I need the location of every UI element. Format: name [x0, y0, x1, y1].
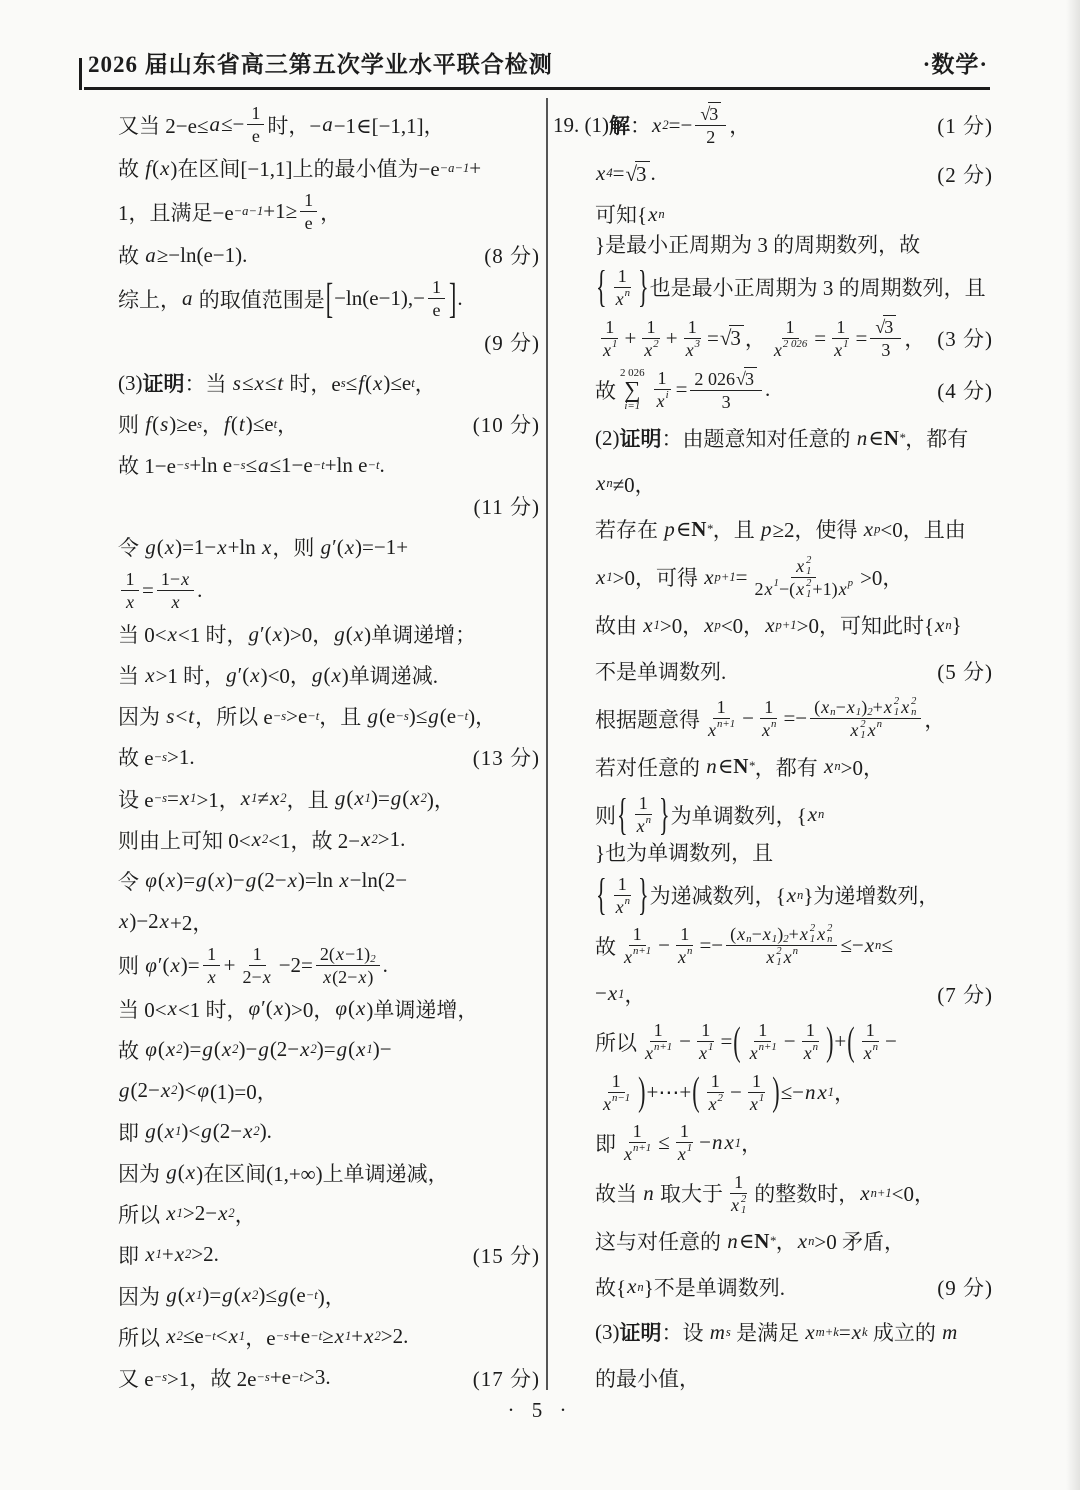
math-text: 因为 — [118, 1281, 165, 1311]
solution-line: {1xn}也是最小正周期为 3 的周期数列，且 — [553, 265, 993, 310]
math-text: 即 — [118, 1240, 144, 1270]
math-text: 因为 — [118, 1158, 165, 1188]
solution-line: 故当 n 取大于1x21的整数时，xn+1<0， — [553, 1171, 993, 1216]
big-delimiter: { — [596, 261, 607, 313]
math-variable: x — [786, 883, 797, 908]
math-text: 2− — [243, 966, 262, 988]
fraction-numerator: 1 — [802, 1019, 819, 1042]
math-text: ， — [745, 323, 766, 353]
fraction-numerator: 1 — [676, 923, 693, 946]
fraction-numerator: 1 — [713, 696, 730, 719]
solution-line: (3)证明：设 ms 是满足 xm+k=xk 成立的 m — [553, 1312, 993, 1352]
math-variable: x — [736, 923, 746, 945]
math-variable: x — [602, 1093, 612, 1115]
math-text: }不是单调数列. — [644, 1272, 785, 1302]
math-text: ：当 — [185, 368, 232, 398]
fraction-numerator: 1 — [614, 873, 631, 896]
math-text: )=1− — [175, 535, 216, 560]
math-text: ) — [367, 966, 373, 988]
subscript: 1 — [687, 1143, 692, 1154]
math-text: 故当 — [595, 1178, 642, 1208]
math-text: 1 — [836, 316, 845, 338]
math-text: ≤e — [183, 1324, 204, 1349]
fraction-numerator: 1 — [614, 265, 631, 288]
math-variable: x — [125, 591, 135, 613]
big-delimiter: ( — [847, 1018, 854, 1065]
subscript: n−1 — [612, 1093, 630, 1104]
math-content: (3)证明：设 ms 是满足 xm+k=xk 成立的 m — [595, 1317, 958, 1347]
math-text: ′( — [260, 622, 272, 647]
header-rule — [84, 87, 990, 90]
solution-line: (11 分) — [118, 486, 540, 526]
fraction: 1xn−1 — [598, 1070, 634, 1115]
sub-sup-stack: 21 — [776, 946, 781, 968]
math-variable: x — [846, 696, 856, 718]
math-content: 故2 026∑i=11xi=2 026√33. — [595, 367, 770, 413]
math-variable: n — [642, 1181, 655, 1206]
math-text: )在区间[−1,1]上的最小值为−e — [170, 153, 439, 183]
math-text: >1. — [167, 745, 195, 770]
math-text: ≤ — [881, 933, 893, 958]
solution-line: 故1xn+1−1xn=−(xn−x1)2+x21x2nx21xn≤−xn≤ — [553, 923, 993, 968]
math-variable: x — [170, 591, 180, 613]
math-text: 故 — [118, 1035, 144, 1065]
fraction-numerator: (xn−x1)2+x21x2n — [810, 696, 921, 719]
fraction: 1xn+1 — [745, 1019, 781, 1064]
math-variable: x — [179, 786, 190, 811]
subscript: n+1 — [871, 1187, 892, 1200]
solution-line: x4=√3.(2 分) — [553, 154, 993, 194]
math-text: (2− — [131, 1078, 160, 1103]
big-delimiter: ) — [826, 1018, 833, 1065]
fraction: 1xn — [611, 265, 634, 310]
math-text: −ln(e−1),− — [334, 286, 425, 311]
math-content: (2)证明：由题意知对任意的 n∈N*，都有 — [595, 423, 968, 453]
solution-line: xn≠0， — [553, 464, 993, 504]
math-variable: g — [165, 1160, 178, 1185]
math-text: . — [457, 286, 462, 311]
math-variable: x — [253, 371, 264, 396]
math-text: 1，且满足−e — [118, 197, 234, 227]
subscript: n — [687, 946, 692, 957]
math-variable: x — [344, 535, 355, 560]
math-content: 令 g(x)=1−x+ln x，则 g′(x)=−1+ — [118, 532, 408, 562]
math-variable: x — [859, 1181, 870, 1206]
math-variable: x — [334, 1324, 345, 1349]
math-text: + — [162, 1242, 174, 1267]
math-variable: φ — [248, 996, 262, 1021]
math-variable: x — [338, 868, 349, 893]
math-text: ：由题意知对任意的 — [662, 423, 856, 453]
math-content: 故{xn}不是单调数列. — [595, 1272, 785, 1302]
solution-line: −x1，(7 分) — [553, 974, 993, 1014]
math-content: 故 φ(x2)=g(x2)−g(2−x2)=g(x1)− — [118, 1035, 392, 1065]
math-variable: a — [181, 286, 194, 311]
math-text: 所以 — [118, 1199, 165, 1229]
math-text: 1 — [701, 1019, 710, 1041]
math-text: ≤ — [346, 371, 358, 396]
math-text: )< — [181, 1119, 200, 1144]
fraction: 2 026√33 — [690, 367, 762, 413]
radicand: 3 — [729, 325, 744, 351]
math-variable: x — [833, 339, 843, 361]
math-text: = — [814, 326, 826, 351]
math-variable: x — [723, 1130, 734, 1155]
sub-part: 1 — [806, 566, 811, 577]
math-variable: g — [200, 1119, 213, 1144]
fraction-numerator: 1 — [676, 1120, 693, 1143]
math-text: 也是最小正周期为 3 的周期数列，且 — [650, 272, 986, 302]
solution-line: 不是单调数列.(5 分) — [553, 651, 993, 691]
solution-line: 所以1xn+1−1x1=(1xn+1−1xn)+(1xn− — [553, 1019, 993, 1064]
math-text: ，则 — [272, 532, 319, 562]
subscript: n+1 — [654, 1042, 672, 1053]
solution-line: 令 g(x)=1−x+ln x，则 g′(x)=−1+ — [118, 527, 540, 567]
fraction-denominator: 3 — [718, 391, 735, 413]
math-text: )− — [226, 868, 245, 893]
math-text: = — [167, 786, 179, 811]
math-text: +ln — [228, 535, 261, 560]
math-text: )单调递增； — [364, 619, 476, 649]
fraction-numerator: 1 — [862, 1019, 879, 1042]
solution-line: 故2 026∑i=11xi=2 026√33.(4 分) — [553, 367, 993, 413]
math-text: 1 — [654, 1019, 663, 1041]
subscript: n+1 — [717, 719, 735, 730]
math-variable: φ — [196, 1078, 210, 1103]
math-text: ， — [202, 409, 223, 439]
subscript: 1 — [843, 339, 848, 350]
math-text: + — [873, 696, 883, 718]
math-text: ， — [277, 409, 298, 439]
big-delimiter: { — [596, 869, 607, 921]
square-root: √3 — [875, 315, 896, 338]
fraction-numerator: 1 — [697, 1019, 714, 1042]
math-variable: x — [169, 953, 180, 978]
fraction: (xn−x1)2+x21x2nx21xn — [726, 923, 837, 968]
math-variable: x — [357, 966, 367, 988]
math-text: ( — [152, 156, 159, 181]
square-root: √3 — [720, 325, 744, 351]
math-text: − — [679, 1029, 691, 1054]
score-mark: (9 分) — [484, 327, 540, 357]
math-text: )≤ — [409, 704, 428, 729]
math-content: (3)证明：当 s≤x≤t 时，es≤f(x)≤et， — [118, 368, 436, 398]
math-variable: p — [663, 517, 676, 542]
solution-line: 故 1−e−s+ln e−s≤a≤1−e−t+ln e−t. — [118, 445, 540, 485]
math-text: −2= — [279, 953, 313, 978]
math-text: 为递减数列，{ — [650, 880, 786, 910]
math-text: (3) — [118, 371, 143, 396]
math-text: 则由上可知 0< — [118, 825, 251, 855]
fraction-denominator: xn — [859, 1042, 882, 1064]
math-text: ( — [234, 1283, 241, 1308]
math-variable: x — [185, 1160, 196, 1185]
math-text: 1 — [806, 1019, 815, 1041]
math-text: ( — [158, 1037, 165, 1062]
subscript: n — [658, 208, 664, 221]
math-variable: x — [698, 1042, 708, 1064]
solution-line: g(2−x2)<φ(1)=0， — [118, 1071, 540, 1111]
math-variable: x — [335, 943, 345, 965]
math-text: 所以 — [118, 1322, 165, 1352]
math-variable: g — [277, 1283, 290, 1308]
math-text: 若存在 — [595, 514, 663, 544]
math-text: ( — [157, 535, 164, 560]
math-content: 故 a≥−ln(e−1). — [118, 240, 247, 270]
math-text: < — [216, 1324, 228, 1349]
fraction-numerator: 1 — [707, 1070, 724, 1093]
math-text: )≤e — [246, 412, 274, 437]
math-content: 故1xn+1−1xn=−(xn−x1)2+x21x2nx21xn≤−xn≤ — [595, 923, 893, 968]
math-content: g(2−x2)<φ(1)=0， — [118, 1076, 278, 1106]
math-text: − — [730, 1080, 742, 1105]
math-variable: x — [322, 966, 332, 988]
fraction-denominator: xn — [611, 896, 634, 918]
bold-label: N — [884, 426, 899, 451]
math-variable: f — [144, 156, 152, 181]
solution-line: 19. (1)解：x2=−√32，(1 分) — [553, 102, 993, 148]
fraction-numerator: 1 — [629, 923, 646, 946]
math-text: ( — [365, 371, 372, 396]
fraction: 1e — [428, 276, 445, 321]
math-text: )= — [181, 953, 200, 978]
subscript: n — [877, 719, 882, 730]
header-title: 2026 届山东省高三第五次学业水平联合检测 — [88, 46, 553, 79]
math-text: =− — [669, 113, 693, 138]
bold-label: 证明 — [620, 1317, 662, 1347]
big-delimiter: ( — [733, 1018, 740, 1065]
math-variable: x — [816, 1080, 827, 1105]
header-left-tick — [79, 58, 82, 90]
math-text: 1 — [688, 316, 697, 338]
math-variable: x — [272, 622, 283, 647]
math-text: >1，故 2e — [167, 1363, 256, 1393]
math-text: 1 — [680, 1120, 689, 1142]
fraction-numerator: √3 — [695, 102, 726, 126]
math-text: 1 — [605, 316, 614, 338]
fraction-numerator: 1 — [608, 1070, 625, 1093]
fraction-denominator: x1 — [673, 1143, 696, 1165]
math-text: )− — [373, 1037, 392, 1062]
math-text: )≤e — [383, 371, 411, 396]
fraction: 1xn+1 — [640, 1019, 676, 1064]
superscript: −t — [306, 1289, 318, 1302]
math-text: 的最小值， — [595, 1363, 700, 1393]
exam-answer-page: 2026 届山东省高三第五次学业水平联合检测 ·数学· 又当 2−e≤a≤−1e… — [0, 0, 1080, 1490]
bold-label: 证明 — [620, 423, 662, 453]
fraction-numerator: x21 — [791, 555, 816, 578]
math-variable: t — [187, 704, 195, 729]
fraction-numerator: 1 — [203, 943, 220, 966]
fraction-denominator: xn — [757, 719, 780, 741]
big-delimiter: ) — [772, 1069, 779, 1116]
math-text: ≤− — [840, 933, 863, 958]
fraction: 1xn — [799, 1019, 822, 1064]
fraction-numerator: 2(x−1)2 — [316, 943, 380, 966]
subscript: p+1 — [715, 571, 736, 584]
math-content: x1>0，可得 xp+1=x212x1−(x21+1)xp>0， — [595, 555, 903, 600]
math-variable: x — [249, 663, 260, 688]
math-text: (2− — [213, 1119, 242, 1144]
big-delimiter: } — [638, 261, 649, 313]
fraction-numerator: 1 — [760, 696, 777, 719]
fraction-numerator: 1 — [121, 568, 138, 591]
math-text: 成立的 — [868, 1317, 942, 1347]
math-content: 可知{xn}是最小正周期为 3 的周期数列，故 — [595, 199, 987, 259]
math-text: >0，可得 — [613, 562, 704, 592]
solution-line: 故 a≥−ln(e−1).(8 分) — [118, 235, 540, 275]
big-delimiter: [ — [326, 274, 333, 323]
math-variable: x — [707, 719, 717, 741]
fraction-denominator: x — [203, 966, 221, 988]
math-variable: n — [711, 1130, 724, 1155]
math-text: )≥e — [169, 412, 197, 437]
fraction-numerator: 1 — [754, 1019, 771, 1042]
math-variable: x — [165, 1037, 176, 1062]
math-variable: x — [863, 1042, 873, 1064]
superscript: −s — [232, 459, 245, 472]
math-text: ∈ — [718, 754, 734, 779]
math-text: + — [666, 326, 678, 351]
math-variable: x — [273, 996, 284, 1021]
math-text: ， — [235, 1199, 256, 1229]
math-content: 当 x>1 时，g′(x)<0，g(x)单调递减. — [118, 660, 438, 690]
fraction: x212x1−(x21+1)xp — [750, 555, 857, 600]
math-text: 3 — [722, 391, 731, 413]
math-text: ：设 — [662, 1317, 709, 1347]
score-mark: (17 分) — [473, 1363, 540, 1393]
math-variable: x — [816, 923, 826, 945]
math-text: − — [658, 933, 670, 958]
math-text: ，都有 — [905, 423, 968, 453]
math-variable: x — [864, 933, 875, 958]
square-root: √3 — [625, 161, 649, 187]
math-variable: x — [867, 719, 877, 741]
solution-line: 的最小值， — [553, 1358, 993, 1398]
math-text: ′( — [261, 996, 273, 1021]
fraction-numerator: √3 — [870, 315, 901, 339]
math-text: 即 — [118, 1117, 144, 1147]
math-variable: g — [118, 1078, 131, 1103]
math-content: 则由上可知 0<x2<1，故 2−x2>1. — [118, 825, 405, 855]
math-text: ≤ — [242, 371, 254, 396]
sub-sup-stack: 2n — [911, 696, 916, 718]
math-text: 故由 — [595, 610, 642, 640]
math-text: 1 — [646, 316, 655, 338]
math-text: ≠ — [257, 786, 269, 811]
subscript: p+1 — [776, 619, 797, 632]
math-text: )=ln — [298, 868, 338, 893]
math-text: ≥ — [322, 1324, 334, 1349]
solution-line: x1>0，可得 xp+1=x212x1−(x21+1)xp>0， — [553, 555, 993, 600]
math-text: ( — [158, 868, 165, 893]
math-text: 则 — [118, 950, 144, 980]
math-variable: x — [749, 1042, 759, 1064]
math-text: 1 — [752, 1070, 761, 1092]
math-text: 3 — [881, 339, 890, 361]
sup-part: 2 — [806, 555, 811, 566]
math-text: 1 — [680, 923, 689, 945]
fraction: 1x2 — [639, 316, 662, 361]
fraction-denominator: 3 — [877, 339, 894, 361]
math-variable: x — [900, 696, 910, 718]
big-delimiter: ( — [692, 1069, 699, 1116]
math-text: 又 e — [118, 1363, 154, 1393]
subscript: n — [818, 808, 824, 821]
math-variable: x — [167, 622, 178, 647]
math-variable: a — [144, 243, 157, 268]
math-text: ，且 — [319, 701, 366, 731]
math-text: ， — [320, 197, 341, 227]
math-variable: g — [248, 622, 261, 647]
math-text: − — [742, 706, 754, 731]
math-variable: x — [221, 1037, 232, 1062]
math-variable: g — [144, 535, 157, 560]
fraction-denominator: xn — [673, 946, 696, 968]
solution-line: 故 e−s>1.(13 分) — [118, 737, 540, 777]
math-content: 则 f(s)≥es，f(t)≤et， — [118, 409, 298, 439]
math-variable: x — [144, 1242, 155, 1267]
math-text: 1 — [207, 943, 216, 965]
math-variable: x — [217, 1201, 228, 1226]
math-content: 这与对任意的 n∈N*，xn>0 矛盾， — [595, 1226, 905, 1256]
math-text: = — [839, 1320, 851, 1345]
math-text: 1 — [253, 943, 262, 965]
math-variable: g — [201, 1037, 214, 1062]
math-text: +e — [289, 1324, 310, 1349]
math-text: 综上， — [118, 284, 181, 314]
math-variable: φ — [144, 953, 158, 978]
math-text: 令 — [118, 532, 144, 562]
subscript: n — [793, 946, 798, 957]
math-text: (2− — [270, 1037, 299, 1062]
math-text: 2 — [706, 126, 715, 148]
fraction-denominator: 2 — [702, 126, 719, 148]
math-text: ， — [624, 979, 645, 1009]
math-text: 所以 — [595, 1027, 637, 1057]
radicand: 3 — [635, 161, 650, 187]
math-text: <0， — [892, 1178, 935, 1208]
fraction-denominator: x — [166, 591, 184, 613]
sub-part: 1 — [894, 707, 899, 718]
math-text: }也为单调数列，且 — [595, 837, 773, 867]
math-text: >0， — [841, 752, 884, 782]
fraction: √33 — [870, 315, 901, 361]
math-text: = — [720, 1029, 732, 1054]
superscript: −a−1 — [234, 205, 264, 218]
solution-line: 故由 x1>0，xp<0，xp+1>0，可知此时{xn} — [553, 605, 993, 645]
math-variable: x — [118, 909, 129, 934]
math-variable: x — [820, 696, 830, 718]
fraction-numerator: 1 — [748, 1070, 765, 1093]
fraction-numerator: 1 — [654, 367, 671, 390]
superscript: −t — [307, 710, 319, 723]
superscript: −t — [310, 1330, 322, 1343]
math-variable: t — [238, 412, 246, 437]
math-text: ≤ — [658, 1130, 670, 1155]
math-variable: x — [160, 1078, 171, 1103]
math-text: ， — [834, 1077, 855, 1107]
math-text: ( — [346, 786, 353, 811]
math-text: 2( — [320, 943, 335, 965]
math-text: 根据题意得 — [595, 704, 700, 734]
sup-part: 2 — [776, 946, 781, 957]
solution-line: 故 φ(x2)=g(x2)−g(2−x2)=g(x1)− — [118, 1030, 540, 1070]
math-text: 时，e — [284, 368, 341, 398]
score-mark: (5 分) — [937, 656, 993, 686]
math-text: =− — [783, 706, 807, 731]
superscript: −t — [456, 710, 468, 723]
